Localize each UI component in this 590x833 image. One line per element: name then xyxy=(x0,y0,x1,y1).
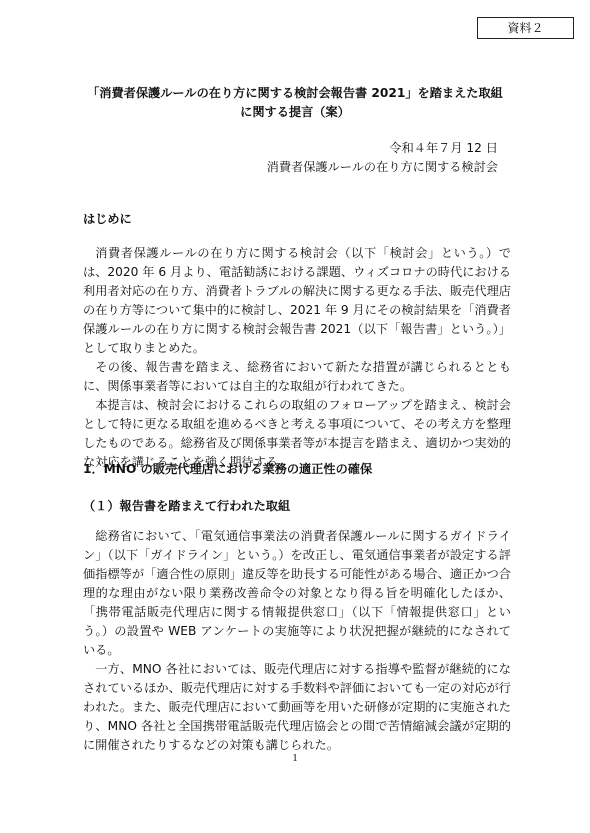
section-1-paragraph: 一方、MNO 各社においては、販売代理店に対する指導や監督が継続的になされている… xyxy=(83,660,511,755)
title-line-2: に関する提言（案） xyxy=(0,103,590,122)
section-1-heading: 1．MNO の販売代理店における業務の適正性の確保 xyxy=(83,460,372,477)
intro-heading: はじめに xyxy=(83,210,132,227)
intro-paragraph: 消費者保護ルールの在り方に関する検討会（以下「検討会」という。）では、2020 … xyxy=(83,244,511,358)
document-organization: 消費者保護ルールの在り方に関する検討会 xyxy=(267,158,498,175)
section-1-paragraph: 総務省において、「電気通信事業法の消費者保護ルールに関するガイドライン」（以下「… xyxy=(83,527,511,660)
page-number: 1 xyxy=(0,752,590,764)
intro-paragraph: その後、報告書を踏まえ、総務省において新たな措置が講じられるとともに、関係事業者… xyxy=(83,358,511,396)
document-date: 令和４年７月 12 日 xyxy=(389,139,498,156)
document-tag: 資料２ xyxy=(477,17,574,39)
document-title: 「消費者保護ルールの在り方に関する検討会報告書 2021」を踏まえた取組 に関す… xyxy=(0,84,590,122)
section-1-body: 総務省において、「電気通信事業法の消費者保護ルールに関するガイドライン」（以下「… xyxy=(83,527,511,755)
intro-body: 消費者保護ルールの在り方に関する検討会（以下「検討会」という。）では、2020 … xyxy=(83,244,511,472)
section-1-subheading: （１）報告書を踏まえて行われた取組 xyxy=(83,497,290,514)
title-line-1: 「消費者保護ルールの在り方に関する検討会報告書 2021」を踏まえた取組 xyxy=(0,84,590,103)
